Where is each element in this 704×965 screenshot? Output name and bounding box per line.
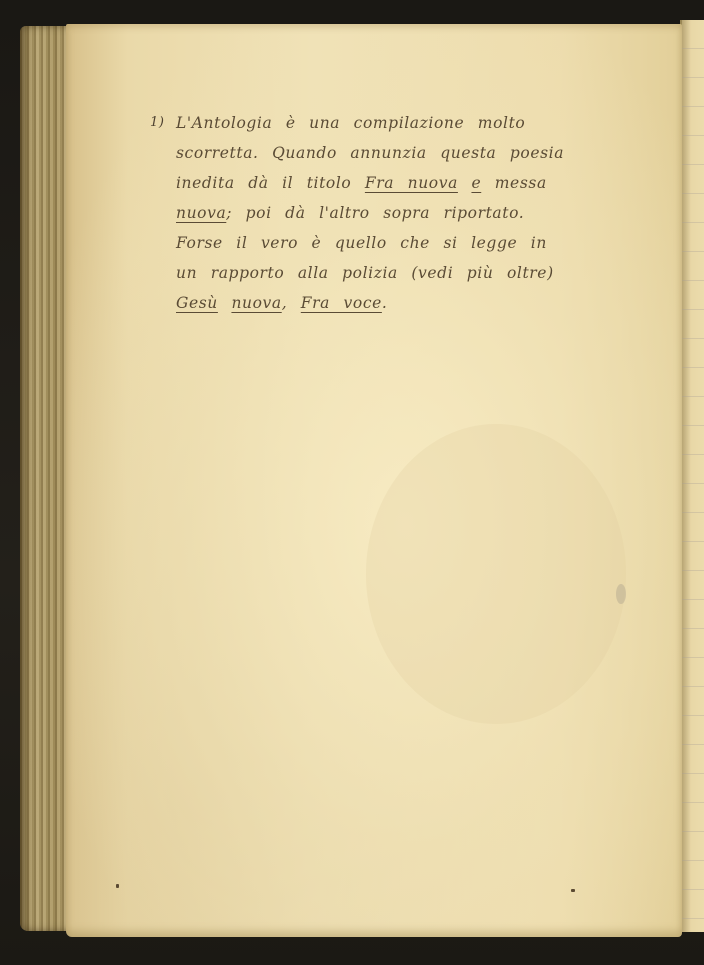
footnote-line-3: inedita dà il titolo Fra nuova e messa (150, 168, 610, 198)
footnote-text: . (382, 294, 388, 312)
footnote-line-7: Gesù nuova, Fra voce. (150, 288, 610, 318)
underlined-title-text: nuova (176, 204, 226, 222)
ink-speck (116, 884, 119, 888)
footnote-text: un rapporto alla polizia (vedi più oltre… (176, 264, 554, 282)
footnote-marker: 1) (150, 108, 176, 138)
facing-page-edge (680, 20, 704, 932)
footnote-line-4: nuova; poi dà l'altro sopra riportato. (150, 198, 610, 228)
underlined-title-text: Fra nuova (365, 174, 458, 192)
footnote-text: ; poi dà l'altro sopra riportato. (226, 204, 524, 222)
footnote-line-5: Forse il vero è quello che si legge in (150, 228, 610, 258)
underlined-title-text: e (471, 174, 481, 192)
ink-speck (571, 889, 575, 892)
paper-stain (366, 424, 626, 724)
footnote-text: scorretta. Quando annunzia questa poesia (176, 144, 564, 162)
footnote-text: Forse il vero è quello che si legge in (176, 234, 547, 252)
footnote-text: L'Antologia è una compilazione molto (176, 114, 525, 132)
scan-background: 1)L'Antologia è una compilazione molto s… (0, 0, 704, 965)
footnote-line-1: 1)L'Antologia è una compilazione molto (150, 108, 610, 138)
underlined-title-text: Fra voce (301, 294, 382, 312)
paper-stain (616, 584, 626, 604)
footnote-text (218, 294, 232, 312)
underlined-title-text: nuova (231, 294, 281, 312)
footnote-text: messa (481, 174, 547, 192)
footnote-text: , (282, 294, 301, 312)
footnote: 1)L'Antologia è una compilazione molto s… (150, 108, 610, 318)
footnote-text (458, 174, 472, 192)
footnote-line-2: scorretta. Quando annunzia questa poesia (150, 138, 610, 168)
footnote-line-6: un rapporto alla polizia (vedi più oltre… (150, 258, 610, 288)
footnote-text: inedita dà il titolo (176, 174, 365, 192)
underlined-title-text: Gesù (176, 294, 218, 312)
